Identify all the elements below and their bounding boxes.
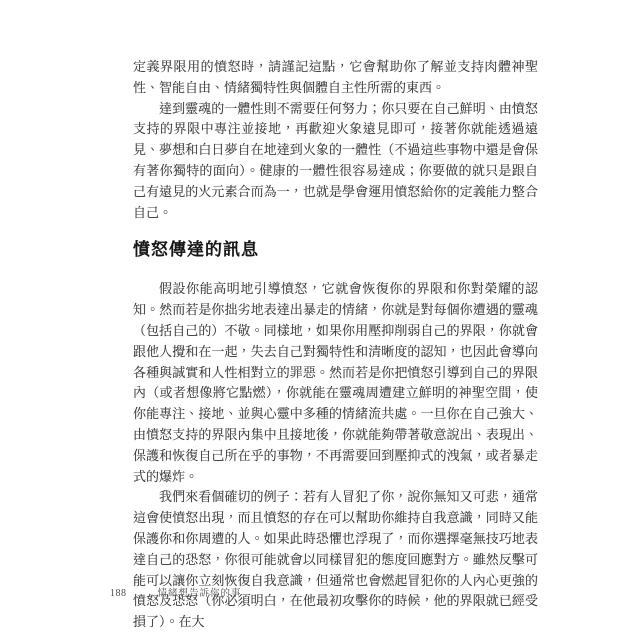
paragraph-channeling-anger: 假設你能高明地引導憤怒，它就會恢復你的界限和你對榮耀的認知。然而若是你拙劣地表達…	[133, 279, 538, 487]
paragraph-concrete-example: 我們來看個確切的例子：若有人冒犯了你，說你無知又可悲，通常這會使憤怒出現，而且憤…	[133, 487, 538, 633]
section-heading-anger-message: 憤怒傳達的訊息	[133, 239, 538, 261]
paragraph-soul-unity: 達到靈魂的一體性則不需要任何努力；你只要在自己鮮明、由憤怒支持的界限中專注並接地…	[133, 99, 538, 224]
running-title: 情緒想告訴你的事	[158, 585, 242, 599]
book-page: 定義界限用的憤怒時，請謹記這點，它會幫助你了解並支持肉體神聖性、智能自由、情緒獨…	[0, 0, 640, 640]
page-footer: 188 情緒想告訴你的事	[110, 585, 242, 599]
page-body-text: 定義界限用的憤怒時，請謹記這點，它會幫助你了解並支持肉體神聖性、智能自由、情緒獨…	[133, 57, 538, 633]
paragraph-continuation: 定義界限用的憤怒時，請謹記這點，它會幫助你了解並支持肉體神聖性、智能自由、情緒獨…	[133, 57, 538, 99]
page-number: 188	[110, 588, 127, 599]
